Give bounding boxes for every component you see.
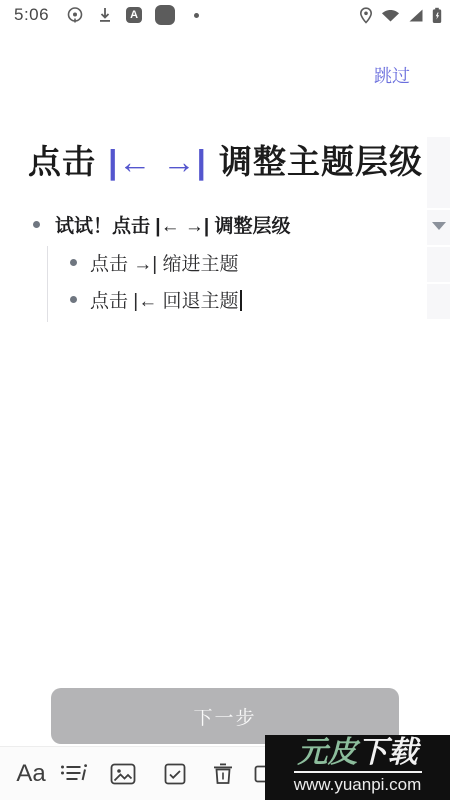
- title-suffix: 调整主题层级: [209, 143, 423, 180]
- battery-charging-icon: [432, 7, 442, 24]
- status-bar: 5:06 A: [0, 0, 450, 30]
- text-cursor: [240, 290, 242, 311]
- outline-item[interactable]: 试试！点击 |← →| 调整层级: [33, 211, 290, 238]
- watermark-url: www.yuanpi.com: [294, 773, 422, 797]
- letter-a-badge: A: [126, 7, 142, 23]
- title-prefix: 点击: [28, 143, 106, 180]
- delete-icon[interactable]: [206, 747, 240, 800]
- bullet-handle[interactable]: [70, 296, 77, 303]
- page-title: 点击 |← →| 调整主题层级: [28, 136, 423, 183]
- gutter-separator: [427, 282, 450, 284]
- podcast-icon: [66, 6, 84, 24]
- cell-signal-icon: [408, 8, 424, 23]
- gutter-separator: [427, 245, 450, 247]
- bullet-handle[interactable]: [33, 221, 40, 228]
- download-icon: [97, 7, 113, 24]
- outline-item-text[interactable]: 试试！点击 |← →| 调整层级: [55, 211, 290, 238]
- outline-item[interactable]: 点击 |← 回退主题: [70, 286, 242, 313]
- list-style-icon[interactable]: [58, 747, 92, 800]
- insert-image-icon[interactable]: [106, 747, 140, 800]
- watermark-brand: 元皮下载: [294, 736, 422, 773]
- collapse-toggle-icon[interactable]: [432, 222, 446, 230]
- gutter-separator: [427, 208, 450, 210]
- indent-outdent-symbol: |← →|: [106, 143, 209, 180]
- wifi-icon: [381, 8, 400, 23]
- bullet-handle[interactable]: [70, 259, 77, 266]
- clock: 5:06: [14, 5, 49, 25]
- watermark-overlay: 元皮下载 www.yuanpi.com: [265, 735, 450, 800]
- notification-dot: [194, 13, 199, 18]
- text-format-icon[interactable]: Aa: [14, 747, 48, 800]
- watermark-brand-green: 元皮: [298, 736, 358, 769]
- location-icon: [359, 7, 373, 24]
- outline-item-text[interactable]: 点击 →| 缩进主题: [90, 249, 239, 276]
- outline-item[interactable]: 点击 →| 缩进主题: [70, 249, 239, 276]
- outline-item-text[interactable]: 点击 |← 回退主题: [90, 286, 242, 313]
- app-square-badge: [155, 5, 175, 25]
- watermark-brand-white: 下载: [358, 736, 418, 769]
- checkbox-icon[interactable]: [158, 747, 192, 800]
- indent-guide-line: [47, 246, 48, 322]
- skip-button[interactable]: 跳过: [374, 62, 410, 88]
